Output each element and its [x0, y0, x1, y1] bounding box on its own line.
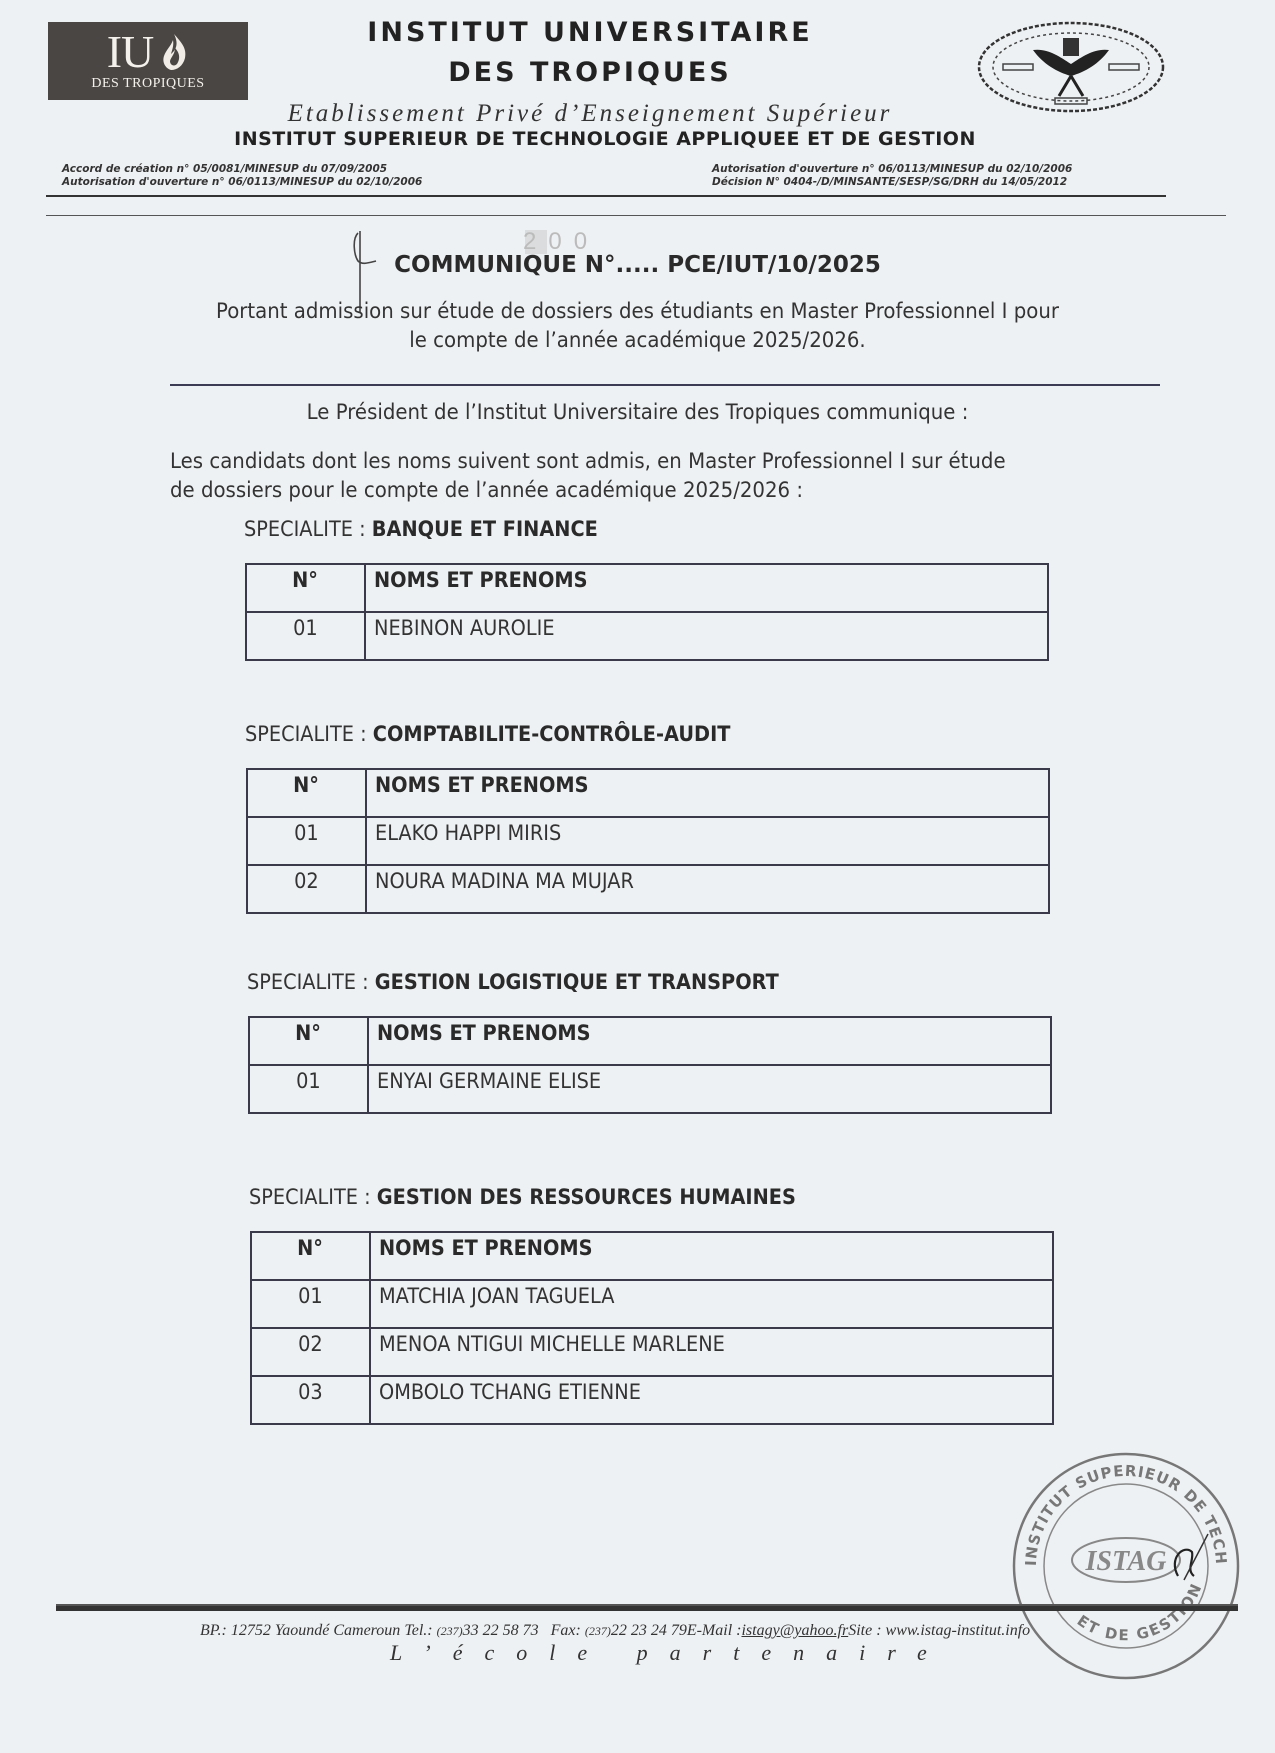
- student-name: MATCHIA JOAN TAGUELA: [370, 1280, 1053, 1328]
- speciality-label: SPECIALITE :: [244, 517, 372, 541]
- table-row: 01NEBINON AUROLIE: [246, 612, 1048, 660]
- admitted-students-table: N°NOMS ET PRENOMS01NEBINON AUROLIE: [245, 563, 1049, 661]
- footer-email-label: E-Mail :: [687, 1622, 742, 1639]
- column-header-name: NOMS ET PRENOMS: [370, 1232, 1053, 1280]
- column-header-number: N°: [249, 1017, 368, 1065]
- speciality-name: BANQUE ET FINANCE: [372, 517, 598, 541]
- stamp-center: ISTAG: [1085, 1546, 1167, 1577]
- admitted-students-table: N°NOMS ET PRENOMS01ELAKO HAPPI MIRIS02NO…: [246, 768, 1050, 914]
- header-divider-thin: [46, 215, 1226, 216]
- institution-logo: IU DES TROPIQUES: [48, 22, 248, 100]
- footer-site-link[interactable]: www.istag-institut.info: [886, 1622, 1031, 1639]
- footer-divider: [56, 1604, 1238, 1611]
- column-header-number: N°: [251, 1232, 370, 1280]
- speciality-heading: SPECIALITE : COMPTABILITE-CONTRÔLE-AUDIT: [245, 722, 730, 746]
- speciality-heading: SPECIALITE : BANQUE ET FINANCE: [244, 517, 598, 541]
- table-row: 02MENOA NTIGUI MICHELLE MARLENE: [251, 1328, 1053, 1376]
- communique-subtitle: Portant admission sur étude de dossiers …: [179, 297, 1096, 355]
- stamp-ring-bottom: ET DE GESTION: [1074, 1580, 1206, 1645]
- footer-fax: 22 23 24 79: [611, 1622, 687, 1639]
- footer-contact: BP.: 12752 Yaoundé Cameroun Tel.: (237)3…: [200, 1622, 1030, 1640]
- accreditation-line: Autorisation d'ouverture n° 06/0113/MINE…: [712, 163, 1072, 176]
- section-divider: [170, 384, 1160, 386]
- footer-tel-code: (237): [437, 1624, 463, 1638]
- speciality-heading: SPECIALITE : GESTION DES RESSOURCES HUMA…: [249, 1185, 796, 1209]
- institution-title-line-2: DES TROPIQUES: [240, 57, 940, 88]
- table-row: 01ENYAI GERMAINE ELISE: [249, 1065, 1051, 1113]
- table-header: N°NOMS ET PRENOMS: [251, 1232, 1053, 1280]
- paragraph-line: Les candidats dont les noms suivent sont…: [170, 447, 1110, 476]
- table-row: 02NOURA MADINA MA MUJAR: [247, 865, 1049, 913]
- speciality-label: SPECIALITE :: [249, 1185, 377, 1209]
- table-header: N°NOMS ET PRENOMS: [246, 564, 1048, 612]
- row-number: 01: [247, 817, 366, 865]
- institution-title-line-1: INSTITUT UNIVERSITAIRE: [240, 17, 940, 48]
- speciality-label: SPECIALITE :: [245, 722, 373, 746]
- logo-text: IU: [107, 30, 154, 74]
- row-number: 03: [251, 1376, 370, 1424]
- column-header-name: NOMS ET PRENOMS: [368, 1017, 1051, 1065]
- column-header-name: NOMS ET PRENOMS: [365, 564, 1048, 612]
- student-name: OMBOLO TCHANG ETIENNE: [370, 1376, 1053, 1424]
- student-name: ELAKO HAPPI MIRIS: [366, 817, 1049, 865]
- speciality-heading: SPECIALITE : GESTION LOGISTIQUE ET TRANS…: [247, 970, 779, 994]
- flame-icon: [159, 32, 189, 72]
- footer-site-label: Site :: [848, 1622, 885, 1639]
- speciality-label: SPECIALITE :: [247, 970, 375, 994]
- svg-text:ET DE GESTION: ET DE GESTION: [1074, 1580, 1206, 1645]
- student-name: MENOA NTIGUI MICHELLE MARLENE: [370, 1328, 1053, 1376]
- column-header-number: N°: [246, 564, 365, 612]
- speciality-name: COMPTABILITE-CONTRÔLE-AUDIT: [373, 722, 731, 746]
- president-intro: Le Président de l’Institut Universitaire…: [38, 400, 1237, 424]
- column-header-name: NOMS ET PRENOMS: [366, 769, 1049, 817]
- footer-fax-label: Fax:: [539, 1622, 585, 1639]
- speciality-name: GESTION LOGISTIQUE ET TRANSPORT: [375, 970, 779, 994]
- table-row: 03OMBOLO TCHANG ETIENNE: [251, 1376, 1053, 1424]
- table-header: N°NOMS ET PRENOMS: [249, 1017, 1051, 1065]
- admitted-students-table: N°NOMS ET PRENOMS01ENYAI GERMAINE ELISE: [248, 1016, 1052, 1114]
- header-divider: [46, 195, 1166, 197]
- establishment-type: Etablissement Privé d’Enseignement Supér…: [140, 100, 1040, 128]
- student-name: NOURA MADINA MA MUJAR: [366, 865, 1049, 913]
- table-row: 01ELAKO HAPPI MIRIS: [247, 817, 1049, 865]
- footer-email-link[interactable]: istagy@yahoo.fr: [741, 1622, 848, 1639]
- row-number: 02: [251, 1328, 370, 1376]
- row-number: 01: [249, 1065, 368, 1113]
- footer-fax-code: (237): [585, 1624, 611, 1638]
- subtitle-line: Portant admission sur étude de dossiers …: [179, 297, 1096, 326]
- institute-stamp-icon: INSTITUT SUPERIEUR DE TECHNOLOGIE APPLIQ…: [1008, 1448, 1244, 1684]
- row-number: 01: [246, 612, 365, 660]
- admission-paragraph: Les candidats dont les noms suivent sont…: [170, 447, 1110, 505]
- accreditation-right: Autorisation d'ouverture n° 06/0113/MINE…: [712, 163, 1072, 189]
- communique-title: COMMUNIQUE N°..... PCE/IUT/10/2025: [0, 252, 1275, 278]
- column-header-number: N°: [247, 769, 366, 817]
- paragraph-line: de dossiers pour le compte de l’année ac…: [170, 476, 1110, 505]
- row-number: 01: [251, 1280, 370, 1328]
- admitted-students-table: N°NOMS ET PRENOMS01MATCHIA JOAN TAGUELA0…: [250, 1231, 1054, 1425]
- footer-tel: 33 22 58 73: [463, 1622, 539, 1639]
- speciality-name: GESTION DES RESSOURCES HUMAINES: [377, 1185, 796, 1209]
- institute-name: INSTITUT SUPERIEUR DE TECHNOLOGIE APPLIQ…: [40, 128, 1170, 150]
- table-row: 01MATCHIA JOAN TAGUELA: [251, 1280, 1053, 1328]
- accreditation-line: Accord de création n° 05/0081/MINESUP du…: [62, 163, 422, 176]
- table-header: N°NOMS ET PRENOMS: [247, 769, 1049, 817]
- logo-subtitle: DES TROPIQUES: [91, 76, 204, 92]
- accreditation-left: Accord de création n° 05/0081/MINESUP du…: [62, 163, 422, 189]
- row-number: 02: [247, 865, 366, 913]
- footer-motto: L’école partenaire: [390, 1640, 949, 1666]
- accreditation-line: Autorisation d'ouverture n° 06/0113/MINE…: [62, 176, 422, 189]
- footer-tel-label: Tel.:: [404, 1622, 436, 1639]
- accreditation-line: Décision N° 0404-/D/MINSANTE/SESP/SG/DRH…: [712, 176, 1072, 189]
- subtitle-line: le compte de l’année académique 2025/202…: [179, 326, 1096, 355]
- student-name: ENYAI GERMAINE ELISE: [368, 1065, 1051, 1113]
- student-name: NEBINON AUROLIE: [365, 612, 1048, 660]
- footer-bp: BP.: 12752 Yaoundé Cameroun: [200, 1622, 404, 1639]
